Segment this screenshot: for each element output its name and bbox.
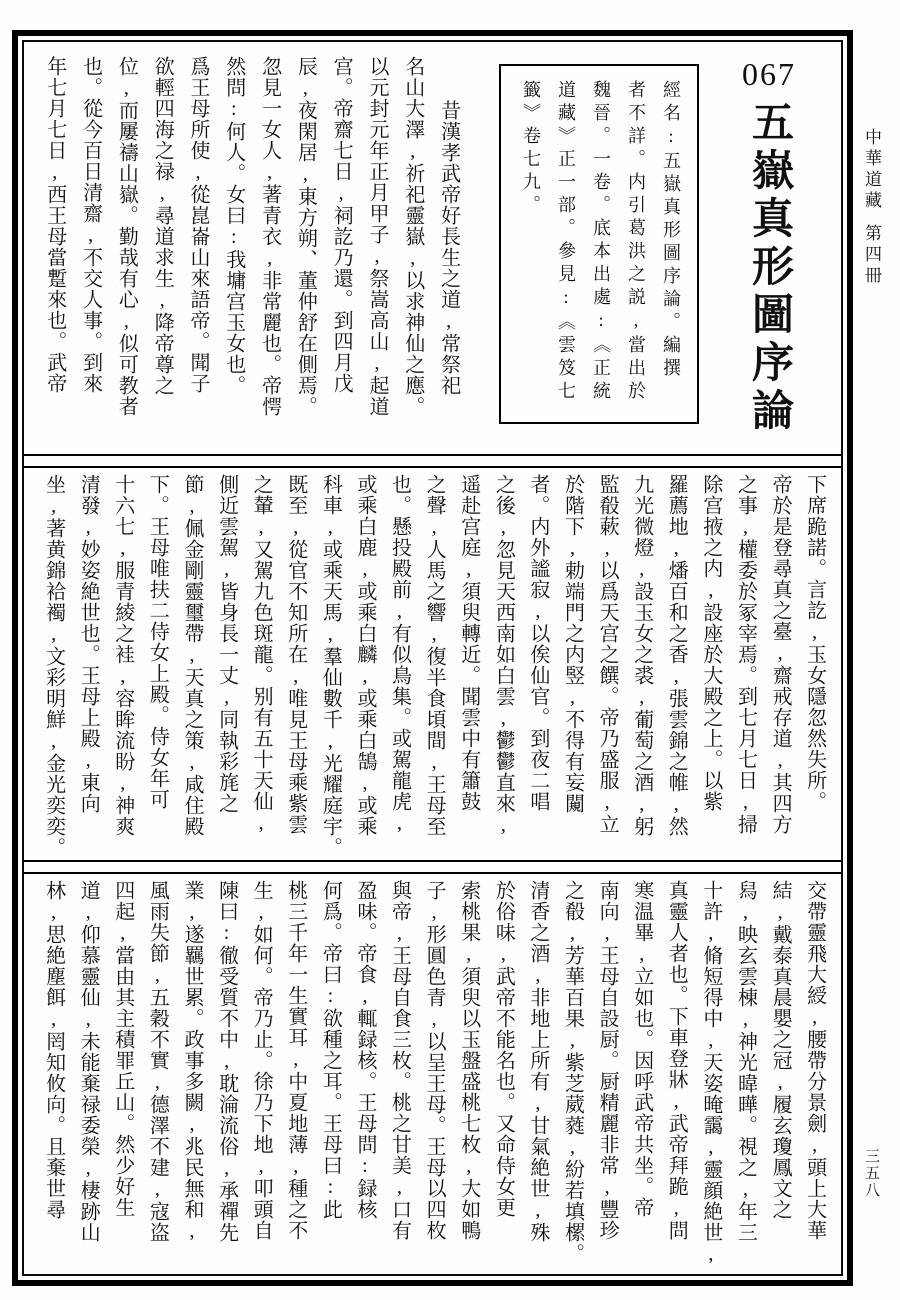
text-column: 真靈人者也。下車登牀,武帝拜跪,問 [659, 880, 694, 1266]
section-bottom: 交帶靈飛大綬,腰帶分景劍,頭上大華結,戴泰真晨嬰之冠,履玄瓊鳳文之舄,映玄雲棟,… [34, 874, 831, 1266]
annotation-column: 者不詳。内引葛洪之説,當出於 [618, 80, 653, 408]
text-column: 之事,權委於冢宰焉。到七月七日,掃 [728, 474, 763, 860]
text-column: 遥赴宫庭,須臾轉近。聞雲中有簫鼓 [451, 474, 486, 860]
text-column: 者。内外謐寂,以俟仙官。到夜二唱 [520, 474, 555, 860]
middle-text-columns: 下席跪諾。言訖,玉女隱忽然失所。帝於是登尋真之臺,齋戒存道,其四方之事,權委於冢… [36, 474, 831, 860]
text-column: 年七月七日,西王母當蹔來也。武帝 [36, 56, 72, 452]
text-column: 科車,或乘天馬,羣仙數千,光耀庭宇。 [313, 474, 348, 860]
annotation-box: 經名:五嶽真形圖序論。編撰者不詳。内引葛洪之説,當出於魏晉。一卷。底本出處:《正… [499, 64, 699, 424]
text-column: 坐,著黄錦袷襡,文彩明鮮,金光奕奕。 [36, 474, 71, 860]
text-column: 監殽蔌,以爲天宫之饌。帝乃盛服,立 [590, 474, 625, 860]
text-column: 側近雲駕,皆身長一丈,同執彩旄之 [209, 474, 244, 860]
text-column: 下席跪諾。言訖,玉女隱忽然失所。 [797, 474, 831, 860]
text-column: 道,仰慕靈仙,未能棄禄委榮,棲跡山 [71, 880, 106, 1266]
text-column: 宫。帝齋七日,祠訖乃還。到四月戊 [322, 56, 358, 452]
text-column: 結,戴泰真晨嬰之冠,履玄瓊鳳文之 [762, 880, 797, 1266]
text-column: 帝於是登尋真之臺,齋戒存道,其四方 [762, 474, 797, 860]
text-column: 何爲。帝曰:欲種之耳。王母曰:此 [313, 880, 348, 1266]
annotation-column: 籤》卷七九。 [513, 80, 548, 408]
text-column: 舄,映玄雲棟,神光暐曄。視之,年三 [728, 880, 763, 1266]
text-column: 然問:何人。女曰:我墉宫玉女也。 [215, 56, 251, 452]
page-frame: 昔漢孝武帝好長生之道,常祭祀名山大澤,祈祀靈嶽,以求神仙之應。以元封元年正月甲子… [12, 30, 853, 1286]
text-column: 十許,脩短得中,天姿晻靄,靈顔絶世, [693, 880, 728, 1266]
text-column: 清發,妙姿絶世也。王母上殿,東向 [71, 474, 106, 860]
text-column: 忽見一女人,著青衣,非常麗也。帝愕 [251, 56, 287, 452]
text-column: 林,思絶塵餌,罔知攸向。且棄世尋 [36, 880, 71, 1266]
book-label: 第四冊 [859, 224, 884, 287]
text-column: 於俗味,武帝不能名也。又命侍女更 [486, 880, 521, 1266]
text-column: 或乘白鹿,或乘白麟,或乘白鵠,或乘 [347, 474, 382, 860]
text-column: 位,而屢禱山嶽。勤哉有心,似可教者 [108, 56, 144, 452]
text-column: 清香之酒,非地上所有,甘氣絶世,殊 [520, 880, 555, 1266]
text-column: 之聲,人馬之響,復半食頃間,王母至 [417, 474, 452, 860]
text-column: 盈味。帝食,輒録核。王母問:録核 [347, 880, 382, 1266]
page-inner-frame: 昔漢孝武帝好長生之道,常祭祀名山大澤,祈祀靈嶽,以求神仙之應。以元封元年正月甲子… [22, 40, 843, 1276]
text-column: 之後,忽見天西南如白雲,鬱鬱直來, [486, 474, 521, 860]
text-column: 羅薦地,燔百和之香,張雲錦之帷,然 [659, 474, 694, 860]
text-column: 十六七,服青綾之袿,容眸流盼,神爽 [105, 474, 140, 860]
page-number: 三五八 [861, 1148, 882, 1199]
top-text-columns: 昔漢孝武帝好長生之道,常祭祀名山大澤,祈祀靈嶽,以求神仙之應。以元封元年正月甲子… [36, 56, 466, 452]
text-column: 爲王母所使,從崑崙山來語帝。聞子 [179, 56, 215, 452]
text-column: 下。王母唯扶二侍女上殿。侍女年可 [140, 474, 175, 860]
book-page: 昔漢孝武帝好長生之道,常祭祀名山大澤,祈祀靈嶽,以求神仙之應。以元封元年正月甲子… [0, 0, 900, 1300]
text-column: 索桃果,須臾以玉盤盛桃七枚,大如鴨 [451, 880, 486, 1266]
text-column: 除宫掖之内,設座於大殿之上。以紫 [693, 474, 728, 860]
text-column: 也。從今百日清齋,不交人事。到來 [72, 56, 108, 452]
text-column: 欲輕四海之禄,尋道求生,降帝尊之 [143, 56, 179, 452]
text-column: 四起,當由其主積罪丘山。然少好生 [105, 880, 140, 1266]
text-column: 名山大澤,祈祀靈嶽,以求神仙之應。 [394, 56, 430, 452]
text-column: 子,形圓色青,以呈王母。王母以四枚 [417, 880, 452, 1266]
annotation-column: 經名:五嶽真形圖序論。編撰 [653, 80, 688, 408]
title-number: 067 [742, 58, 796, 90]
text-column: 之輦,又駕九色斑龍。别有五十天仙, [244, 474, 279, 860]
annotation-column: 魏晉。一卷。底本出處:《正統 [583, 80, 618, 408]
text-column: 於階下,勅端門之内竪,不得有妄闚 [555, 474, 590, 860]
annotation-column: 道藏》正一部。參見:《雲笈七 [548, 80, 583, 408]
text-column: 生,如何。帝乃止。徐乃下地,叩頭自 [244, 880, 279, 1266]
title-block: 067 五嶽真形圖序論 [731, 58, 807, 436]
section-top: 昔漢孝武帝好長生之道,常祭祀名山大澤,祈祀靈嶽,以求神仙之應。以元封元年正月甲子… [34, 50, 831, 454]
text-column: 交帶靈飛大綬,腰帶分景劍,頭上大華 [797, 880, 831, 1266]
section-middle: 下席跪諾。言訖,玉女隱忽然失所。帝於是登尋真之臺,齋戒存道,其四方之事,權委於冢… [34, 468, 831, 860]
text-column: 桃三千年一生實耳,中夏地薄,種之不 [278, 880, 313, 1266]
section-divider [24, 860, 841, 874]
page-title: 五嶽真形圖序論 [739, 100, 799, 436]
text-column: 與帝,王母自食三枚。桃之甘美,口有 [382, 880, 417, 1266]
text-column: 陳曰:徹受質不中,耽淪流俗,承禪先 [209, 880, 244, 1266]
bottom-text-columns: 交帶靈飛大綬,腰帶分景劍,頭上大華結,戴泰真晨嬰之冠,履玄瓊鳳文之舄,映玄雲棟,… [36, 880, 831, 1266]
annotation-columns: 經名:五嶽真形圖序論。編撰者不詳。内引葛洪之説,當出於魏晉。一卷。底本出處:《正… [513, 80, 688, 408]
text-column: 九光微燈,設玉女之裘,葡萄之酒,躬 [624, 474, 659, 860]
section-divider [24, 454, 841, 468]
text-column: 寒温畢,立如也。因呼武帝共坐。帝 [624, 880, 659, 1266]
text-column: 辰,夜閑居,東方朔、董仲舒在側焉。 [287, 56, 323, 452]
text-column: 南向,王母自設厨。厨精麗非常,豐珍 [590, 880, 625, 1266]
text-column: 節,佩金剛靈璽帶,天真之策,咸住殿 [174, 474, 209, 860]
text-column: 也。懸投殿前,有似鳥集。或駕龍虎, [382, 474, 417, 860]
text-column: 風雨失節,五穀不實,德澤不建,寇盗 [140, 880, 175, 1266]
text-column: 之殽,芳華百果,紫芝葳蕤,紛若填樏。 [555, 880, 590, 1266]
text-column: 既至,從官不知所在,唯見王母乘紫雲 [278, 474, 313, 860]
text-column: 以元封元年正月甲子,祭嵩高山,起道 [358, 56, 394, 452]
text-column: 昔漢孝武帝好長生之道,常祭祀 [430, 56, 466, 452]
volume-label: 中華道藏 [859, 128, 884, 212]
text-column: 業,遂羈世累。政事多闕,兆民無和, [174, 880, 209, 1266]
